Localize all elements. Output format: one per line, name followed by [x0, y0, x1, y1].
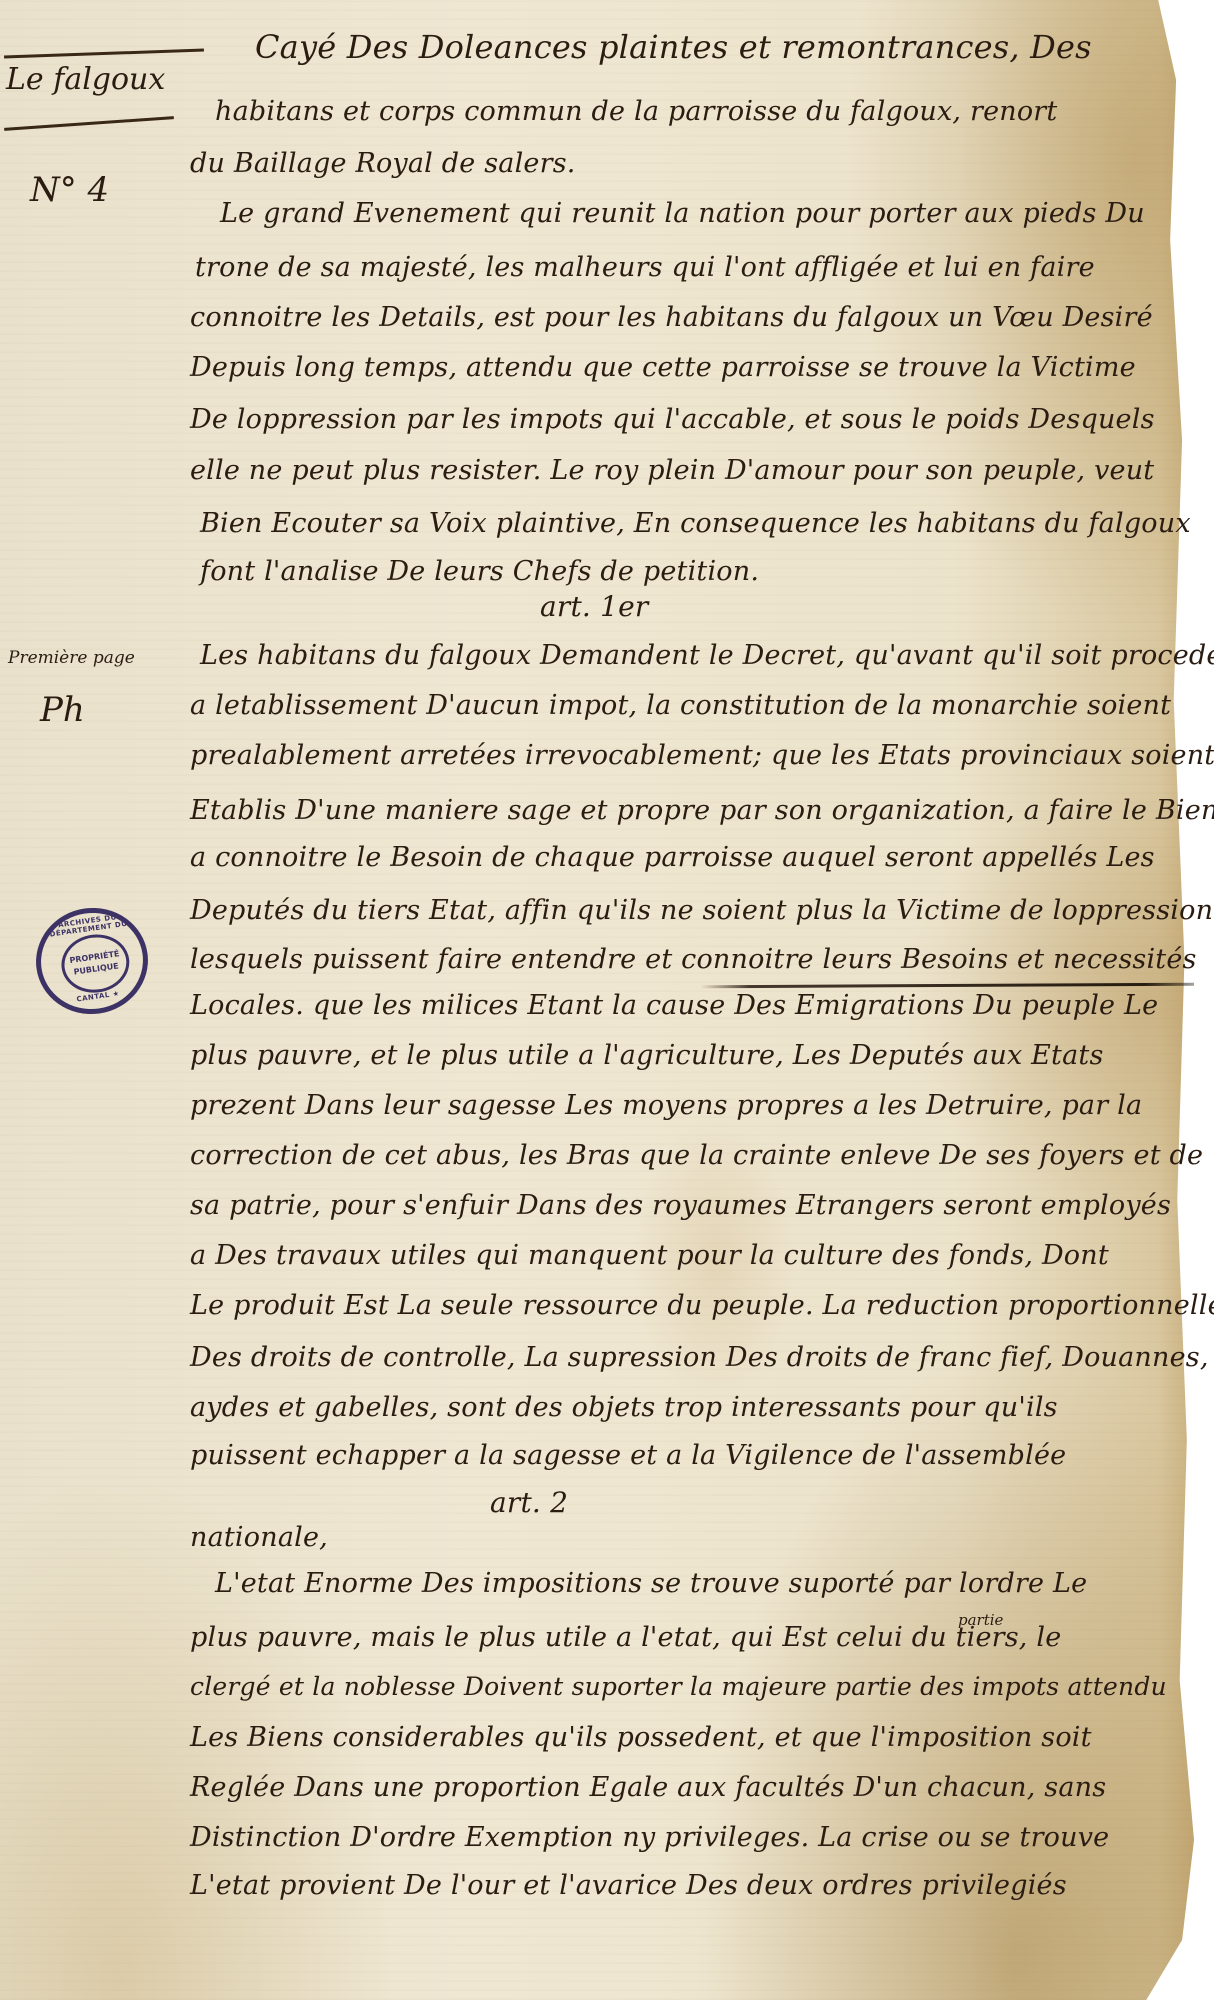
- text-line: trone de sa majesté, les malheurs qui l'…: [195, 252, 1095, 283]
- text-line: L'etat provient De l'our et l'avarice De…: [190, 1870, 1067, 1901]
- text-line: correction de cet abus, les Bras que la …: [190, 1140, 1203, 1171]
- text-line: lesquels puissent faire entendre et conn…: [190, 944, 1197, 975]
- text-line: plus pauvre, et le plus utile a l'agricu…: [190, 1040, 1104, 1071]
- text-line: Reglée Dans une proportion Egale aux fac…: [190, 1772, 1106, 1803]
- text-line: prealablement arretées irrevocablement; …: [190, 740, 1214, 771]
- text-line: du Baillage Royal de salers.: [190, 148, 576, 179]
- text-line: Etablis D'une maniere sage et propre par…: [190, 795, 1214, 826]
- text-line: a Des travaux utiles qui manquent pour l…: [190, 1240, 1109, 1271]
- text-line: Deputés du tiers Etat, affin qu'ils ne s…: [190, 895, 1213, 926]
- text-line: Depuis long temps, attendu que cette par…: [190, 352, 1136, 383]
- text-line: Le grand Evenement qui reunit la nation …: [220, 198, 1145, 229]
- text-line: Des droits de controlle, La supression D…: [190, 1342, 1209, 1373]
- text-line: a letablissement D'aucun impot, la const…: [190, 690, 1171, 721]
- text-line: habitans et corps commun de la parroisse…: [215, 96, 1057, 127]
- text-line: nationale,: [190, 1522, 328, 1553]
- margin-title: Le falgoux: [6, 62, 165, 97]
- text-line: puissent echapper a la sagesse et a la V…: [190, 1440, 1066, 1471]
- margin-document-number: N° 4: [30, 170, 109, 210]
- text-line: connoitre les Details, est pour les habi…: [190, 302, 1153, 333]
- text-line: Bien Ecouter sa Voix plaintive, En conse…: [200, 508, 1191, 539]
- text-line: De loppression par les impots qui l'acca…: [190, 404, 1155, 435]
- text-line: L'etat Enorme Des impositions se trouve …: [215, 1568, 1087, 1599]
- text-line: sa patrie, pour s'enfuir Dans des royaum…: [190, 1190, 1171, 1221]
- text-line: prezent Dans leur sagesse Les moyens pro…: [190, 1090, 1142, 1121]
- text-line: Le produit Est La seule ressource du peu…: [190, 1290, 1214, 1321]
- article-heading-1: art. 1er: [540, 590, 649, 623]
- interlinear-insert: partie: [958, 1611, 1003, 1629]
- text-line: font l'analise De leurs Chefs de petitio…: [200, 556, 759, 587]
- margin-premiere-page-note: Première page: [8, 648, 135, 668]
- text-line: Locales. que les milices Etant la cause …: [190, 990, 1158, 1021]
- text-line: Les habitans du falgoux Demandent le Dec…: [200, 640, 1214, 671]
- text-line: elle ne peut plus resister. Le roy plein…: [190, 455, 1154, 486]
- text-line: a connoitre le Besoin de chaque parroiss…: [190, 842, 1155, 873]
- text-line: plus pauvre, mais le plus utile a l'etat…: [190, 1622, 1061, 1653]
- article-heading-2: art. 2: [490, 1486, 568, 1519]
- text-line: Distinction D'ordre Exemption ny privile…: [190, 1822, 1109, 1853]
- text-line: Cayé Des Doleances plaintes et remontran…: [255, 28, 1092, 66]
- text-line: aydes et gabelles, sont des objets trop …: [190, 1392, 1058, 1423]
- stamp-center: PROPRIÉTÉ PUBLIQUE: [58, 930, 133, 997]
- text-line: Les Biens considerables qu'ils possedent…: [190, 1722, 1092, 1753]
- text-line: clergé et la noblesse Doivent suporter l…: [190, 1672, 1167, 1701]
- margin-paraphe-initials: Ph: [40, 690, 85, 730]
